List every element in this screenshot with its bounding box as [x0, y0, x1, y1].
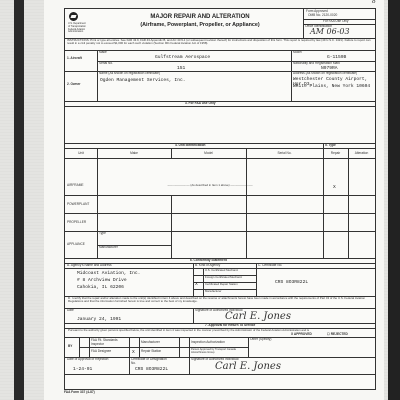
row-propeller-label: PROPELLER	[67, 221, 86, 225]
owner-section-label: 2. Owner	[67, 83, 80, 87]
opt-faa-inspector: FAA Flt. Standards Inspector	[91, 339, 131, 347]
approval-cert: CRS 8O3R822L	[135, 367, 168, 372]
kind-us-mechanic: U.S. Certificated Mechanic	[205, 269, 238, 273]
opt-manufacturer: Manufacturer	[141, 341, 160, 345]
col-repair: Repair	[323, 152, 348, 156]
col-alteration: Alteration	[348, 152, 375, 156]
aircraft-model: G-1159B	[327, 55, 346, 60]
scan-edge-right	[388, 0, 400, 400]
dot-logo-icon	[69, 12, 78, 21]
instructions: INSTRUCTIONS: Print or type all entries.…	[67, 39, 373, 46]
approval-date-label: Date of Approval or Rejection	[67, 358, 108, 362]
owner-name: Ogden Management Services, Inc.	[100, 78, 185, 83]
approved-mark: X	[291, 332, 293, 336]
make-label: Make	[99, 51, 107, 55]
appliance-type-label: Type	[99, 232, 106, 236]
scan-edge-left	[14, 0, 24, 400]
approval-date: 1-24-91	[73, 367, 92, 372]
row-airframe-label: AIRFRAME	[67, 184, 83, 188]
opt-inspection-authorization: Inspection Authorization	[191, 341, 225, 345]
agency-line3: Cahokia, IL 62206	[77, 285, 124, 290]
conformity-date: January 24, 1991	[77, 317, 121, 322]
opt-transport-canada: Person Approved by Transport Canada Airw…	[191, 348, 247, 354]
airframe-description: ----------------------- (As described in…	[97, 184, 323, 188]
corner-mark: 8	[372, 0, 376, 5]
aircraft-section-label: 1. Aircraft	[67, 57, 82, 61]
kind-repair-station: Certificated Repair Station	[205, 283, 238, 287]
agency-line: Administration	[68, 31, 98, 34]
col-make: Make	[97, 152, 171, 156]
omb-number: OMB No. 2120-0020	[308, 14, 337, 18]
kind-repair-station-mark: X	[195, 282, 198, 287]
opt-faa-designee: FAA Designee	[91, 350, 111, 354]
col-model: Model	[171, 152, 246, 156]
rejected-label: REJECTED	[331, 332, 348, 336]
conformity-signature: Carl E. Jones	[225, 311, 291, 322]
col-unit: Unit	[65, 152, 97, 156]
owner-name-label: Name (As shown on registration certifica…	[99, 72, 160, 76]
approved-label: APPROVED	[294, 332, 312, 336]
agency-line1: Midcoast Aviation, Inc.	[77, 271, 140, 276]
certificate-no-label: C. Certificate No.	[258, 264, 282, 268]
approval-statement: Pursuant to the authority given persons …	[68, 329, 318, 332]
repair-station-mark: X	[132, 350, 135, 355]
approval-signature: Carl E. Jones	[215, 361, 281, 372]
opt-repair-station: Repair Station	[141, 350, 161, 354]
certificate-no: CRS 8O3R822L	[275, 280, 308, 285]
kind-manufacturer: Manufacturer	[205, 290, 221, 294]
owner-address-line2: White Plains, New York 10604	[293, 84, 370, 89]
agency-block: U.S. Department of Transportation Federa…	[68, 23, 98, 34]
faa-form-337: U.S. Department of Transportation Federa…	[64, 8, 376, 390]
aircraft-make: Gulfstream Aerospace	[155, 55, 210, 60]
form-title: MAJOR REPAIR AND ALTERATION	[105, 14, 295, 20]
conformity-date-label: Date	[67, 309, 74, 313]
row-appliance-label: APPLIANCE	[67, 243, 85, 247]
by-label: BY	[68, 345, 72, 349]
form-number: FAA Form 337 (4-87)	[64, 391, 95, 395]
owner-address-label: Address (As shown on registration certif…	[293, 72, 357, 76]
certification-statement: D. I certify that the repair and/or alte…	[68, 297, 372, 304]
office-id-value: AM 06-03	[310, 27, 350, 36]
serial-label: Serial No.	[99, 62, 113, 66]
appliance-manufacturer-label: Manufacturer	[99, 246, 118, 250]
airframe-repair-mark: X	[333, 185, 336, 190]
other-specify-label: Other (Specify)	[250, 338, 271, 342]
model-label: Model	[293, 51, 302, 55]
form-subtitle: (Airframe, Powerplant, Propeller, or App…	[105, 22, 295, 28]
col-serial: Serial No.	[246, 152, 323, 156]
kind-foreign-mechanic: Foreign Certificated Mechanic	[205, 276, 242, 280]
approval-cert-label: Certificate or Designation No.	[131, 358, 171, 366]
row-powerplant-label: POWERPLANT	[67, 203, 89, 207]
agency-line2: # 8 Archview Drive	[77, 278, 127, 283]
